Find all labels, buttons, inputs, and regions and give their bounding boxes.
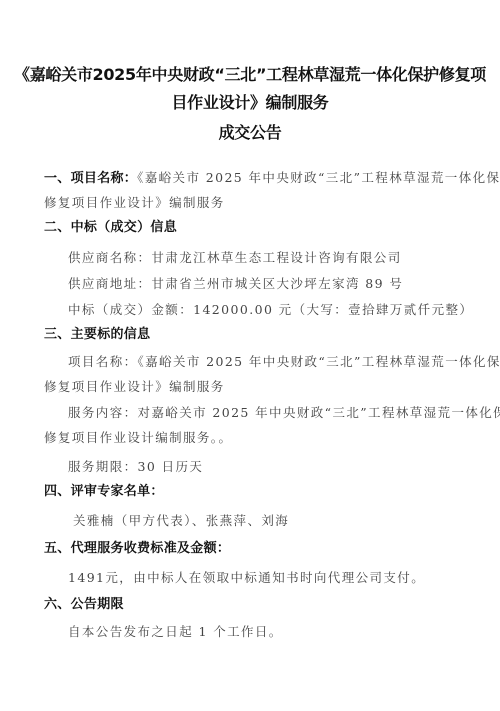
- subject-project-name: 项目名称：《嘉峪关市 2025 年中央财政“三北”工程林草湿荒一体化保护: [68, 354, 488, 370]
- section-heading-notice-period: 六、公告期限: [44, 597, 464, 613]
- supplier-address: 供应商地址：甘肃省兰州市城关区大沙坪左家湾 89 号: [68, 276, 488, 292]
- section-heading-subject-info: 三、主要标的信息: [44, 327, 464, 343]
- expert-list: 关雅楠（甲方代表）、张燕萍、刘海: [73, 513, 493, 529]
- section-heading-agency-fee: 五、代理服务收费标准及金额：: [44, 541, 464, 557]
- service-content: 服务内容：对嘉峪关市 2025 年中央财政“三北”工程林草湿荒一体化保护: [68, 405, 488, 421]
- section-project-name: 一、项目名称：《嘉峪关市 2025 年中央财政“三北”工程林草湿荒一体化保护: [44, 170, 464, 187]
- project-name-continued: 修复项目作业设计》编制服务: [44, 195, 464, 211]
- document-subtitle: 成交公告: [0, 120, 500, 143]
- section-heading: 一、项目名称：: [44, 171, 137, 186]
- bid-amount: 中标（成交）金额：142000.00 元（大写：壹拾肆万贰仟元整）: [68, 302, 488, 318]
- supplier-name: 供应商名称：甘肃龙江林草生态工程设计咨询有限公司: [68, 250, 488, 266]
- service-content-continued: 修复项目作业设计编制服务。。: [44, 430, 464, 446]
- notice-period-text: 自本公告发布之日起 1 个工作日。: [68, 624, 488, 640]
- subject-project-name-continued: 修复项目作业设计》编制服务: [44, 379, 464, 395]
- project-name-text: 《嘉峪关市 2025 年中央财政“三北”工程林草湿荒一体化保护: [137, 170, 500, 185]
- section-heading-bid-info: 二、中标（成交）信息: [44, 220, 464, 236]
- section-heading-experts: 四、评审专家名单：: [44, 484, 464, 500]
- service-period: 服务期限：30 日历天: [68, 459, 488, 475]
- document-title-line2: 目作业设计》编制服务: [0, 90, 500, 113]
- document-title-line1: 《嘉峪关市2025年中央财政“三北”工程林草湿荒一体化保护修复项: [0, 62, 500, 85]
- agency-fee-text: 1491元，由中标人在领取中标通知书时向代理公司支付。: [68, 570, 488, 586]
